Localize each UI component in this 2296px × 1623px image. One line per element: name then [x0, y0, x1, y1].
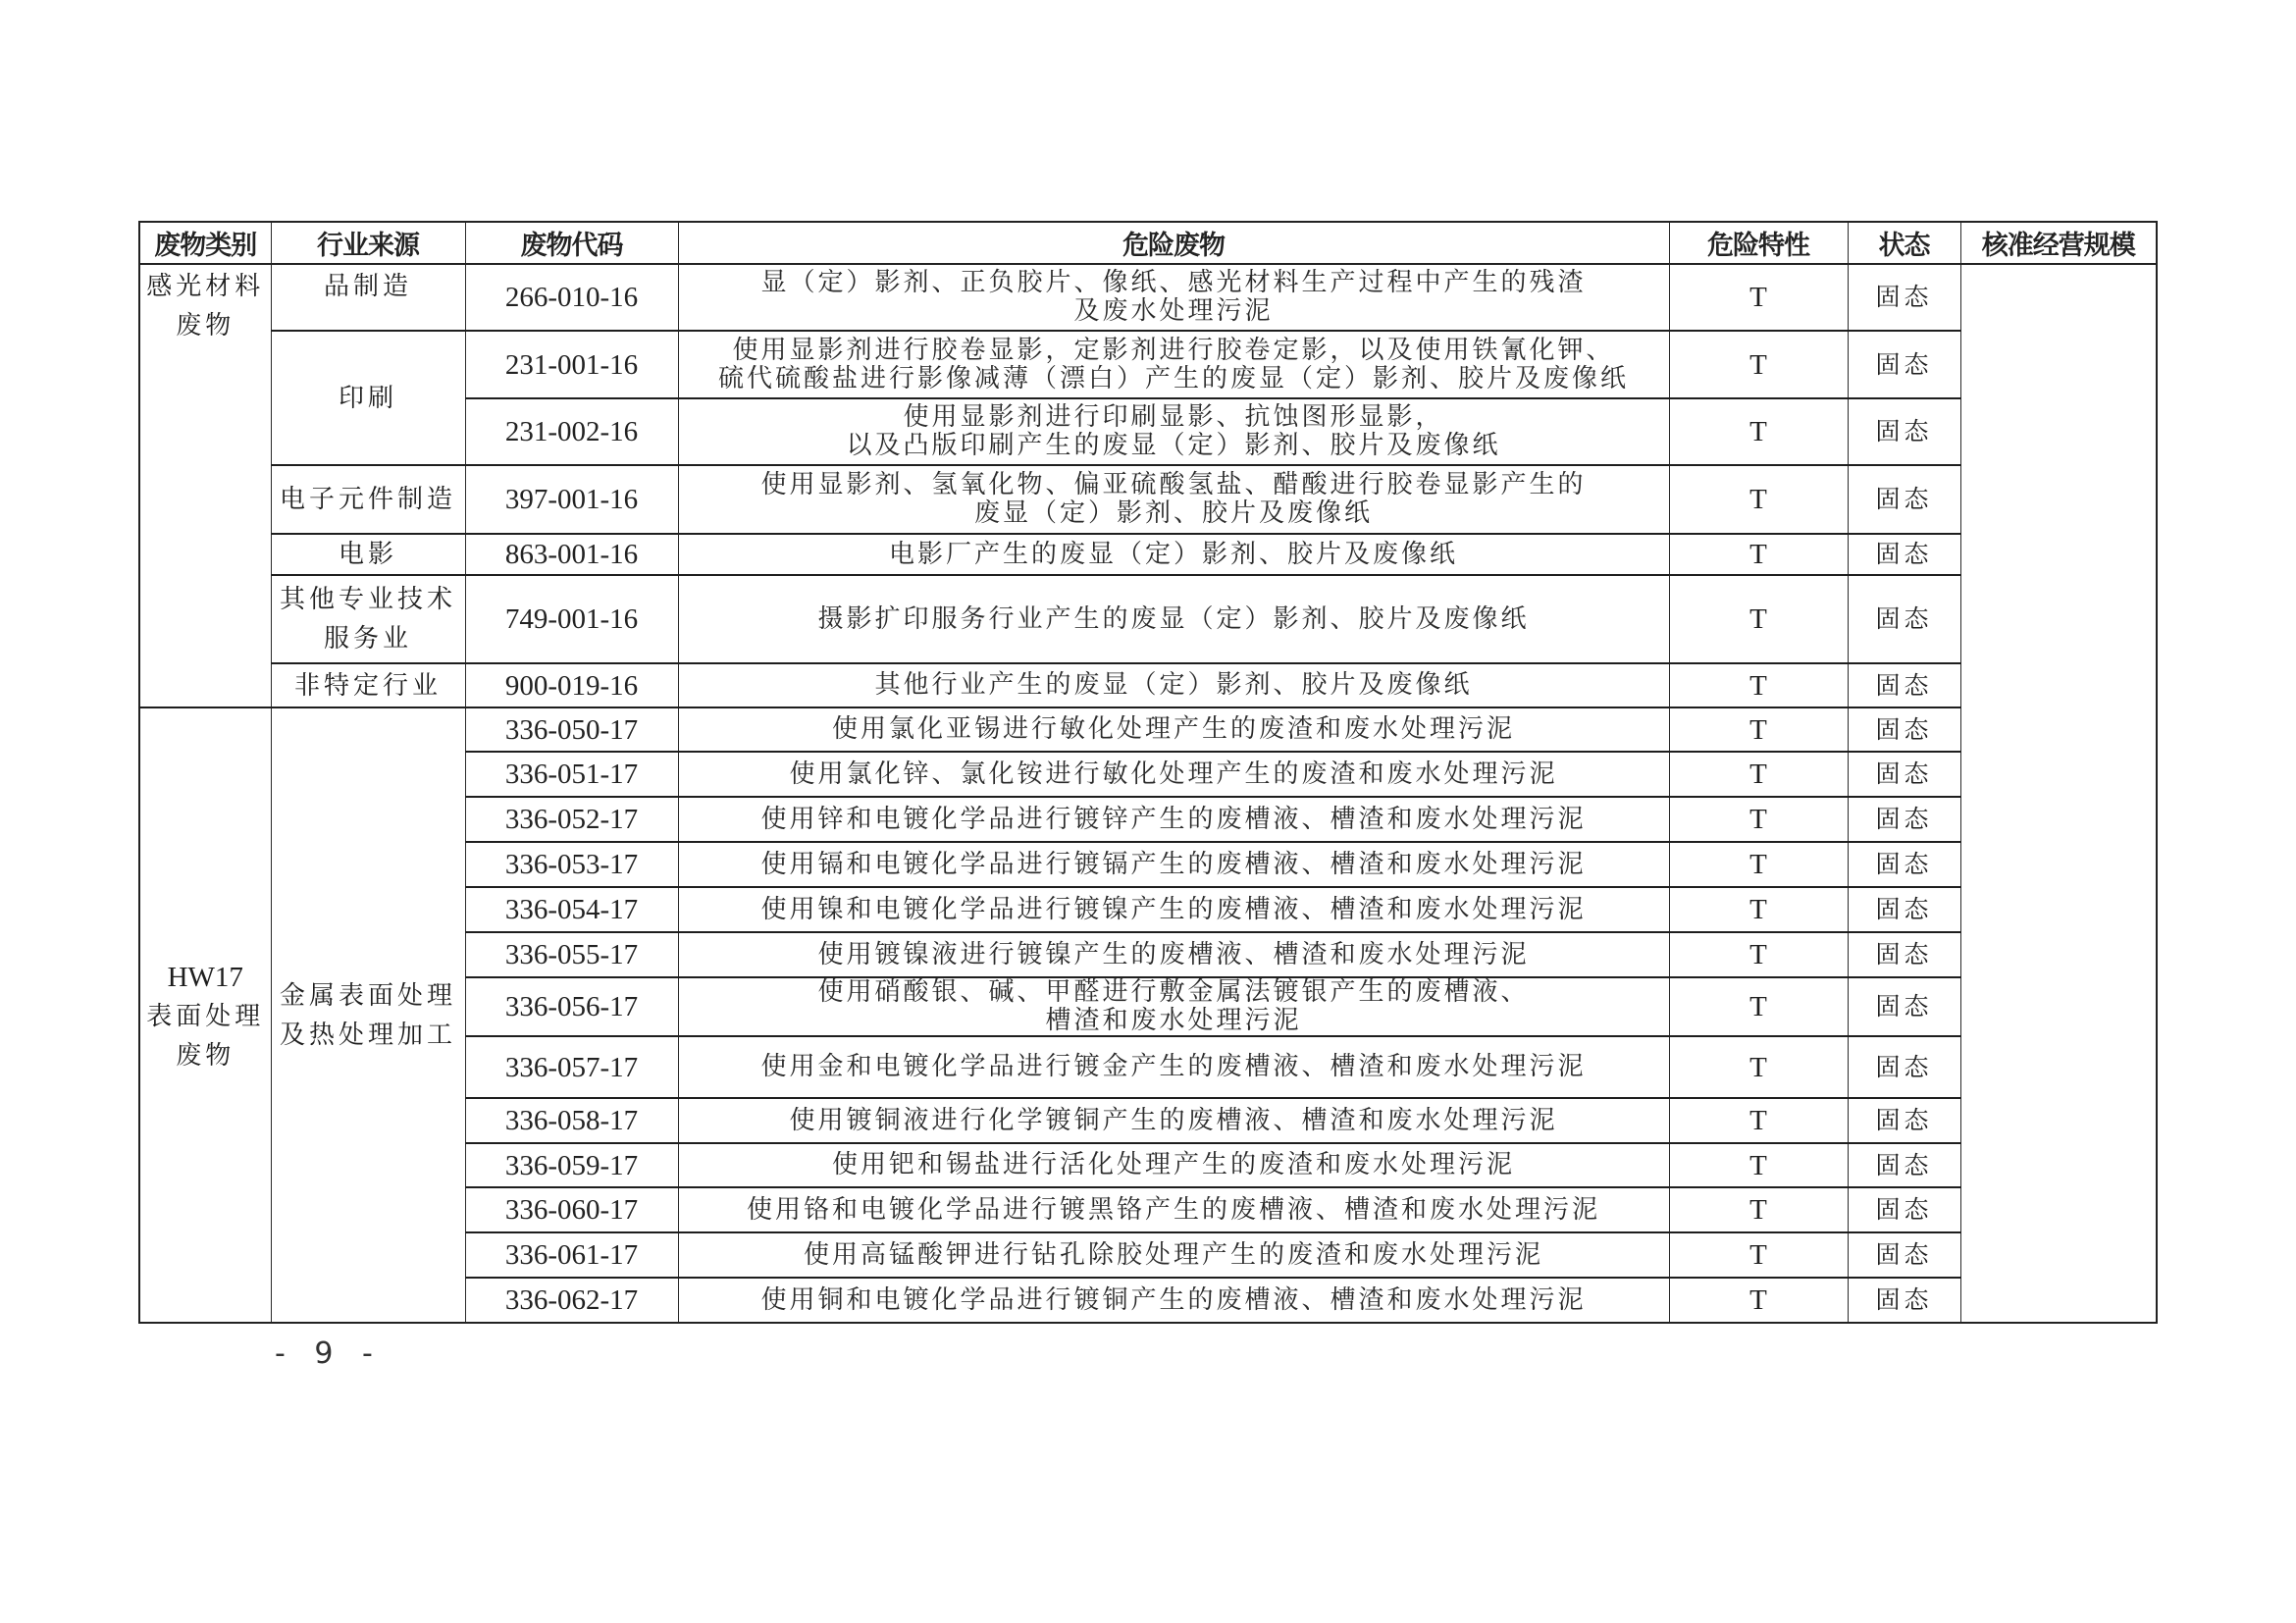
category-cell: HW17表面处理废物 [139, 707, 271, 1323]
waste-description-cell: 使用镀铜液进行化学镀铜产生的废槽液、槽渣和废水处理污泥 [678, 1098, 1669, 1143]
industry-text: 电影 [276, 535, 461, 574]
table-row: 印刷231-001-16使用显影剂进行胶卷显影，定影剂进行胶卷定影，以及使用铁氰… [139, 331, 2157, 398]
table-row: 其他专业技术服务业749-001-16摄影扩印服务行业产生的废显（定）影剂、胶片… [139, 575, 2157, 663]
waste-code-cell: 336-060-17 [465, 1187, 678, 1232]
physical-state-cell: 固态 [1848, 1098, 1960, 1143]
header-industry: 行业来源 [271, 222, 465, 264]
physical-state-cell: 固态 [1848, 752, 1960, 797]
category-text: 废物 [144, 1036, 267, 1075]
waste-code-cell: 336-050-17 [465, 707, 678, 752]
industry-text: 服务业 [276, 619, 461, 658]
header-code: 废物代码 [465, 222, 678, 264]
waste-description-cell: 使用铬和电镀化学品进行镀黑铬产生的废槽液、槽渣和废水处理污泥 [678, 1187, 1669, 1232]
industry-cell: 其他专业技术服务业 [271, 575, 465, 663]
industry-cell: 品制造 [271, 264, 465, 331]
physical-state-cell: 固态 [1848, 977, 1960, 1036]
physical-state-cell: 固态 [1848, 663, 1960, 707]
waste-description-text: 使用高锰酸钾进行钻孔除胶处理产生的废渣和废水处理污泥 [683, 1241, 1665, 1270]
waste-description-cell: 使用显影剂、氢氧化物、偏亚硫酸氢盐、醋酸进行胶卷显影产生的废显（定）影剂、胶片及… [678, 465, 1669, 534]
waste-description-text: 电影厂产生的废显（定）影剂、胶片及废像纸 [683, 541, 1665, 569]
waste-description-cell: 使用镉和电镀化学品进行镀镉产生的废槽液、槽渣和废水处理污泥 [678, 842, 1669, 887]
table-header-row: 废物类别 行业来源 废物代码 危险废物 危险特性 状态 核准经营规模 [139, 222, 2157, 264]
waste-description-cell: 使用镍和电镀化学品进行镀镍产生的废槽液、槽渣和废水处理污泥 [678, 887, 1669, 932]
hazard-property-cell: T [1669, 932, 1848, 977]
waste-description-cell: 使用显影剂进行印刷显影、抗蚀图形显影，以及凸版印刷产生的废显（定）影剂、胶片及废… [678, 398, 1669, 465]
waste-description-cell: 使用氯化锌、氯化铵进行敏化处理产生的废渣和废水处理污泥 [678, 752, 1669, 797]
waste-description-text: 使用氯化锌、氯化铵进行敏化处理产生的废渣和废水处理污泥 [683, 760, 1665, 789]
waste-code-cell: 231-001-16 [465, 331, 678, 398]
physical-state-cell: 固态 [1848, 534, 1960, 575]
industry-text: 金属表面处理 [276, 976, 461, 1016]
category-text: 表面处理 [144, 997, 267, 1036]
waste-description-text: 使用钯和锡盐进行活化处理产生的废渣和废水处理污泥 [683, 1151, 1665, 1179]
industry-text: 其他专业技术 [276, 580, 461, 619]
physical-state-cell: 固态 [1848, 842, 1960, 887]
page-number: - 9 - [275, 1336, 383, 1371]
waste-description-cell: 使用显影剂进行胶卷显影，定影剂进行胶卷定影，以及使用铁氰化钾、硫代硫酸盐进行影像… [678, 331, 1669, 398]
waste-code-cell: 336-052-17 [465, 797, 678, 842]
header-category: 废物类别 [139, 222, 271, 264]
header-state: 状态 [1848, 222, 1960, 264]
physical-state-cell: 固态 [1848, 264, 1960, 331]
physical-state-cell: 固态 [1848, 1278, 1960, 1323]
waste-description-text: 使用镍和电镀化学品进行镀镍产生的废槽液、槽渣和废水处理污泥 [683, 896, 1665, 924]
waste-description-text: 使用显影剂、氢氧化物、偏亚硫酸氢盐、醋酸进行胶卷显影产生的 [683, 471, 1665, 499]
hazard-property-cell: T [1669, 887, 1848, 932]
hazard-property-cell: T [1669, 1187, 1848, 1232]
waste-code-cell: 397-001-16 [465, 465, 678, 534]
physical-state-cell: 固态 [1848, 465, 1960, 534]
physical-state-cell: 固态 [1848, 331, 1960, 398]
waste-description-cell: 使用镀镍液进行镀镍产生的废槽液、槽渣和废水处理污泥 [678, 932, 1669, 977]
hazard-property-cell: T [1669, 1232, 1848, 1278]
hazard-property-cell: T [1669, 1098, 1848, 1143]
waste-code-cell: 231-002-16 [465, 398, 678, 465]
industry-cell: 非特定行业 [271, 663, 465, 707]
category-text: 感光材料 [144, 267, 267, 306]
header-scale: 核准经营规模 [1960, 222, 2157, 264]
waste-description-text: 使用硝酸银、碱、甲醛进行敷金属法镀银产生的废槽液、 [683, 978, 1665, 1007]
physical-state-cell: 固态 [1848, 1232, 1960, 1278]
physical-state-cell: 固态 [1848, 1036, 1960, 1098]
hazardous-waste-table: 废物类别 行业来源 废物代码 危险废物 危险特性 状态 核准经营规模 感光材料废… [138, 221, 2158, 1324]
table-row: 非特定行业900-019-16其他行业产生的废显（定）影剂、胶片及废像纸T固态 [139, 663, 2157, 707]
hazard-property-cell: T [1669, 264, 1848, 331]
category-cell: 感光材料废物 [139, 264, 271, 707]
hazard-property-cell: T [1669, 465, 1848, 534]
category-text: HW17 [144, 958, 267, 997]
physical-state-cell: 固态 [1848, 398, 1960, 465]
waste-description-text: 使用镉和电镀化学品进行镀镉产生的废槽液、槽渣和废水处理污泥 [683, 851, 1665, 879]
waste-description-text: 槽渣和废水处理污泥 [683, 1007, 1665, 1035]
physical-state-cell: 固态 [1848, 797, 1960, 842]
waste-code-cell: 863-001-16 [465, 534, 678, 575]
waste-description-cell: 使用铜和电镀化学品进行镀铜产生的废槽液、槽渣和废水处理污泥 [678, 1278, 1669, 1323]
industry-cell: 电影 [271, 534, 465, 575]
physical-state-cell: 固态 [1848, 1143, 1960, 1187]
industry-text: 电子元件制造 [276, 480, 461, 519]
waste-code-cell: 266-010-16 [465, 264, 678, 331]
waste-code-cell: 336-055-17 [465, 932, 678, 977]
hazard-property-cell: T [1669, 752, 1848, 797]
waste-description-cell: 使用钯和锡盐进行活化处理产生的废渣和废水处理污泥 [678, 1143, 1669, 1187]
table-row: HW17表面处理废物金属表面处理及热处理加工336-050-17使用氯化亚锡进行… [139, 707, 2157, 752]
hazard-property-cell: T [1669, 797, 1848, 842]
industry-text: 非特定行业 [276, 666, 461, 706]
approved-scale-cell [1960, 264, 2157, 1323]
hazard-property-cell: T [1669, 663, 1848, 707]
waste-description-cell: 使用锌和电镀化学品进行镀锌产生的废槽液、槽渣和废水处理污泥 [678, 797, 1669, 842]
waste-description-cell: 摄影扩印服务行业产生的废显（定）影剂、胶片及废像纸 [678, 575, 1669, 663]
waste-description-cell: 显（定）影剂、正负胶片、像纸、感光材料生产过程中产生的残渣及废水处理污泥 [678, 264, 1669, 331]
table-row: 电子元件制造397-001-16使用显影剂、氢氧化物、偏亚硫酸氢盐、醋酸进行胶卷… [139, 465, 2157, 534]
waste-code-cell: 336-056-17 [465, 977, 678, 1036]
waste-description-text: 使用显影剂进行胶卷显影，定影剂进行胶卷定影，以及使用铁氰化钾、 [683, 337, 1665, 365]
physical-state-cell: 固态 [1848, 887, 1960, 932]
hazard-property-cell: T [1669, 1278, 1848, 1323]
hazard-property-cell: T [1669, 707, 1848, 752]
hazard-property-cell: T [1669, 331, 1848, 398]
physical-state-cell: 固态 [1848, 1187, 1960, 1232]
hazard-property-cell: T [1669, 1143, 1848, 1187]
industry-cell: 金属表面处理及热处理加工 [271, 707, 465, 1323]
waste-description-cell: 使用硝酸银、碱、甲醛进行敷金属法镀银产生的废槽液、槽渣和废水处理污泥 [678, 977, 1669, 1036]
waste-code-cell: 336-051-17 [465, 752, 678, 797]
waste-description-text: 摄影扩印服务行业产生的废显（定）影剂、胶片及废像纸 [683, 605, 1665, 634]
waste-description-cell: 使用金和电镀化学品进行镀金产生的废槽液、槽渣和废水处理污泥 [678, 1036, 1669, 1098]
waste-description-text: 以及凸版印刷产生的废显（定）影剂、胶片及废像纸 [683, 432, 1665, 460]
waste-code-cell: 336-053-17 [465, 842, 678, 887]
industry-text: 及热处理加工 [276, 1016, 461, 1055]
hazard-property-cell: T [1669, 977, 1848, 1036]
waste-code-cell: 749-001-16 [465, 575, 678, 663]
category-text: 废物 [144, 306, 267, 345]
header-waste: 危险废物 [678, 222, 1669, 264]
waste-description-text: 使用氯化亚锡进行敏化处理产生的废渣和废水处理污泥 [683, 715, 1665, 744]
hazard-property-cell: T [1669, 575, 1848, 663]
waste-description-text: 使用铜和电镀化学品进行镀铜产生的废槽液、槽渣和废水处理污泥 [683, 1286, 1665, 1315]
hazard-property-cell: T [1669, 398, 1848, 465]
waste-description-cell: 其他行业产生的废显（定）影剂、胶片及废像纸 [678, 663, 1669, 707]
hazard-property-cell: T [1669, 1036, 1848, 1098]
waste-description-text: 及废水处理污泥 [683, 297, 1665, 326]
header-hazard: 危险特性 [1669, 222, 1848, 264]
hazard-property-cell: T [1669, 534, 1848, 575]
waste-description-text: 废显（定）影剂、胶片及废像纸 [683, 499, 1665, 528]
physical-state-cell: 固态 [1848, 707, 1960, 752]
waste-code-cell: 336-062-17 [465, 1278, 678, 1323]
waste-description-text: 显（定）影剂、正负胶片、像纸、感光材料生产过程中产生的残渣 [683, 269, 1665, 297]
waste-description-text: 硫代硫酸盐进行影像减薄（漂白）产生的废显（定）影剂、胶片及废像纸 [683, 365, 1665, 393]
waste-description-cell: 使用高锰酸钾进行钻孔除胶处理产生的废渣和废水处理污泥 [678, 1232, 1669, 1278]
industry-cell: 印刷 [271, 331, 465, 465]
waste-code-cell: 336-058-17 [465, 1098, 678, 1143]
waste-description-text: 其他行业产生的废显（定）影剂、胶片及废像纸 [683, 671, 1665, 700]
waste-code-cell: 336-061-17 [465, 1232, 678, 1278]
waste-code-cell: 336-057-17 [465, 1036, 678, 1098]
waste-description-text: 使用金和电镀化学品进行镀金产生的废槽液、槽渣和废水处理污泥 [683, 1053, 1665, 1081]
industry-cell: 电子元件制造 [271, 465, 465, 534]
waste-description-text: 使用镀镍液进行镀镍产生的废槽液、槽渣和废水处理污泥 [683, 941, 1665, 969]
waste-description-text: 使用铬和电镀化学品进行镀黑铬产生的废槽液、槽渣和废水处理污泥 [683, 1196, 1665, 1225]
waste-code-cell: 336-059-17 [465, 1143, 678, 1187]
industry-text: 品制造 [276, 267, 461, 306]
waste-description-text: 使用显影剂进行印刷显影、抗蚀图形显影， [683, 403, 1665, 432]
table-row: 感光材料废物品制造266-010-16显（定）影剂、正负胶片、像纸、感光材料生产… [139, 264, 2157, 331]
waste-description-cell: 使用氯化亚锡进行敏化处理产生的废渣和废水处理污泥 [678, 707, 1669, 752]
waste-description-text: 使用锌和电镀化学品进行镀锌产生的废槽液、槽渣和废水处理污泥 [683, 806, 1665, 834]
physical-state-cell: 固态 [1848, 932, 1960, 977]
waste-code-cell: 900-019-16 [465, 663, 678, 707]
table-body: 感光材料废物品制造266-010-16显（定）影剂、正负胶片、像纸、感光材料生产… [139, 264, 2157, 1323]
table-row: 电影863-001-16电影厂产生的废显（定）影剂、胶片及废像纸T固态 [139, 534, 2157, 575]
physical-state-cell: 固态 [1848, 575, 1960, 663]
industry-text: 印刷 [276, 379, 461, 418]
waste-description-text: 使用镀铜液进行化学镀铜产生的废槽液、槽渣和废水处理污泥 [683, 1107, 1665, 1135]
waste-code-cell: 336-054-17 [465, 887, 678, 932]
hazard-property-cell: T [1669, 842, 1848, 887]
waste-description-cell: 电影厂产生的废显（定）影剂、胶片及废像纸 [678, 534, 1669, 575]
